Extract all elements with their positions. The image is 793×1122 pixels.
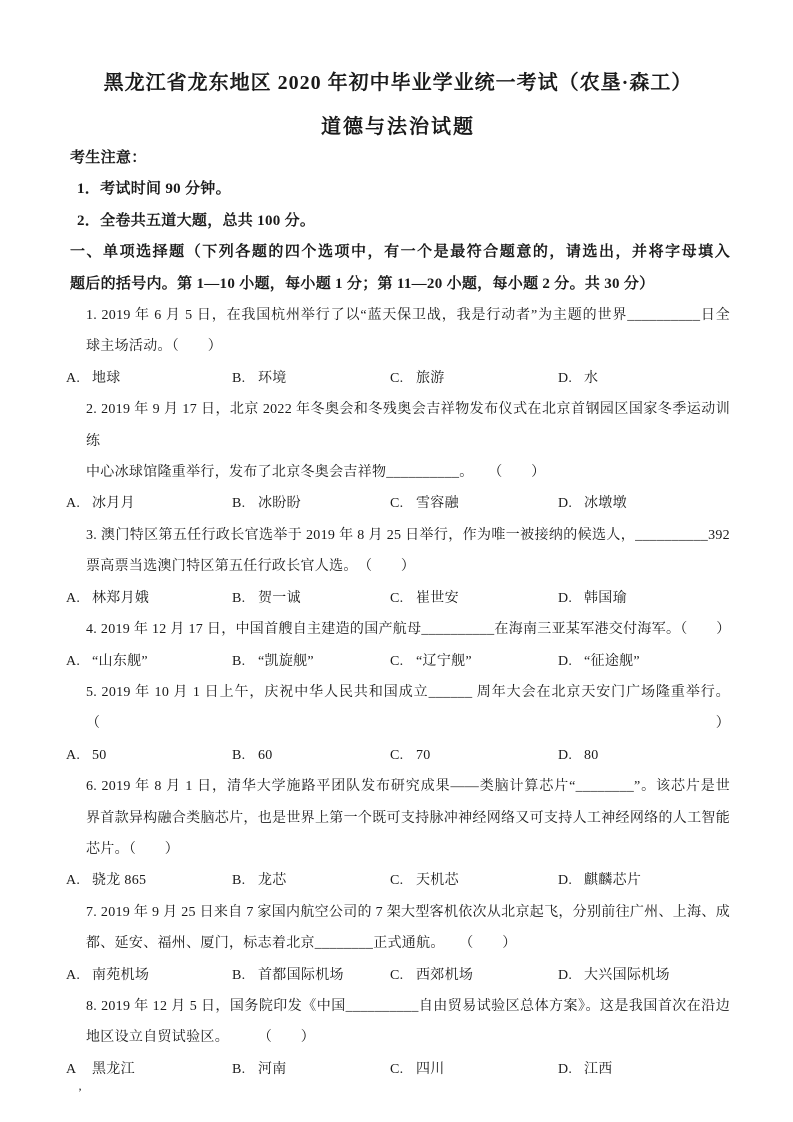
question-4-stem: 4. 2019 年 12 月 17 日，中国首艘自主建造的国产航母_______… [86,614,730,645]
option-text: 龙芯 [258,873,287,888]
option-text: 60 [258,748,273,763]
question-6-stem-line-3: 芯片。（ ） [86,834,730,865]
question-4: 4. 2019 年 12 月 17 日，中国首艘自主建造的国产航母_______… [66,614,730,677]
question-2-option-C: C.雪容融 [390,488,558,519]
question-6-options: A.骁龙 865B.龙芯C.天机芯D.麒麟芯片 [66,865,730,896]
question-6-stem-line-2: 界首款异构融合类脑芯片，也是世界上第一个既可支持脉冲神经网络又可支持人工神经网络… [86,803,730,834]
question-6: 6. 2019 年 8 月 1 日，清华大学施路平团队发布研究成果——类脑计算芯… [66,771,730,897]
option-label: B. [232,740,248,771]
question-1-option-C: C.旅游 [390,363,558,394]
option-label: D. [558,740,574,771]
question-8-stem: 8. 2019 年 12 月 5 日，国务院印发《中国__________自由贸… [86,991,730,1054]
option-text: 70 [416,748,431,763]
question-2-options: A.冰月月B.冰盼盼C.雪容融D.冰墩墩 [66,488,730,519]
question-6-stem-line-1: 6. 2019 年 8 月 1 日，清华大学施路平团队发布研究成果——类脑计算芯… [86,771,730,802]
question-5-stem: 5. 2019 年 10 月 1 日上午，庆祝中华人民共和国成立______ 周… [86,677,730,740]
question-8: 8. 2019 年 12 月 5 日，国务院印发《中国__________自由贸… [66,991,730,1085]
option-text: 西郊机场 [416,968,473,983]
option-label: B. [232,1054,248,1085]
question-1-stem-line-1: 1. 2019 年 6 月 5 日，在我国杭州举行了以“蓝天保卫战，我是行动者”… [86,300,730,331]
exam-title: 黑龙江省龙东地区 2020 年初中毕业学业统一考试（农垦·森工） [66,0,730,96]
question-6-option-A: A.骁龙 865 [66,865,232,896]
question-8-stem-line-1: 8. 2019 年 12 月 5 日，国务院印发《中国__________自由贸… [86,991,730,1022]
question-3-stem-line-1: 3. 澳门特区第五任行政长官选举于 2019 年 8 月 25 日举行，作为唯一… [86,520,730,551]
option-label: C. [390,583,406,614]
option-text: 冰月月 [92,496,135,511]
option-text: 环境 [258,371,287,386]
question-5-option-A: A.50 [66,740,232,771]
question-1: 1. 2019 年 6 月 5 日，在我国杭州举行了以“蓝天保卫战，我是行动者”… [66,300,730,394]
option-label: B. [232,583,248,614]
option-label: B. [232,646,248,677]
question-8-option-C: C.四川 [390,1054,558,1085]
notice-item-1: 1．考试时间 90 分钟。 [77,174,730,205]
question-7-stem: 7. 2019 年 9 月 25 日来自 7 家国内航空公司的 7 架大型客机依… [86,897,730,960]
section1-heading-line-2: 题后的括号内。第 1—10 小题，每小题 1 分；第 11—20 小题，每小题 … [70,269,730,300]
option-text: “山东舰” [92,654,148,669]
question-5: 5. 2019 年 10 月 1 日上午，庆祝中华人民共和国成立______ 周… [66,677,730,771]
option-text: 地球 [92,371,121,386]
question-7-option-B: B.首都国际机场 [232,960,390,991]
question-8-options: A黑龙江B.河南C.四川D.江西 [66,1054,730,1085]
question-1-option-B: B.环境 [232,363,390,394]
question-2-option-B: B.冰盼盼 [232,488,390,519]
question-6-stem: 6. 2019 年 8 月 1 日，清华大学施路平团队发布研究成果——类脑计算芯… [86,771,730,865]
option-label: A. [66,363,82,394]
option-text: 贺一诚 [258,591,301,606]
option-text: 河南 [258,1062,287,1077]
question-3-stem: 3. 澳门特区第五任行政长官选举于 2019 年 8 月 25 日举行，作为唯一… [86,520,730,583]
option-label: A [66,1054,82,1085]
question-8-option-D: D.江西 [558,1054,730,1085]
option-text: 麒麟芯片 [584,873,641,888]
question-3-stem-line-2: 票高票当选澳门特区第五任行政长官人选。 （ ） [86,551,730,582]
option-text: “辽宁舰” [416,654,472,669]
option-text: 旅游 [416,371,445,386]
question-5-option-C: C.70 [390,740,558,771]
option-label: B. [232,960,248,991]
question-3-option-A: A.林郑月娥 [66,583,232,614]
option-label: D. [558,865,574,896]
question-8-stem-line-2: 地区设立自贸试验区。 （ ） [86,1022,730,1053]
option-text: 首都国际机场 [258,968,344,983]
option-label: D. [558,646,574,677]
notice-heading: 考生注意： [70,143,730,174]
question-4-option-B: B.“凯旋舰” [232,646,390,677]
question-1-stem: 1. 2019 年 6 月 5 日，在我国杭州举行了以“蓝天保卫战，我是行动者”… [86,300,730,363]
question-4-stem-line-1: 4. 2019 年 12 月 17 日，中国首艘自主建造的国产航母_______… [86,614,730,645]
question-7-option-D: D.大兴国际机场 [558,960,730,991]
question-7-options: A.南苑机场B.首都国际机场C.西郊机场D.大兴国际机场 [66,960,730,991]
option-text: 四川 [416,1062,445,1077]
question-7-stem-line-2: 都、延安、福州、厦门，标志着北京________正式通航。 （ ） [86,928,730,959]
option-label: B. [232,363,248,394]
question-2-stem-line-1: 2. 2019 年 9 月 17 日，北京 2022 年冬奥会和冬残奥会吉祥物发… [86,394,730,457]
option-text: 骁龙 865 [92,873,146,888]
question-4-option-D: D.“征途舰” [558,646,730,677]
option-label: A. [66,583,82,614]
option-label: C. [390,740,406,771]
exam-subtitle: 道德与法治试题 [66,114,730,140]
question-8-option-B: B.河南 [232,1054,390,1085]
notice-item-2: 2．全卷共五道大题，总共 100 分。 [77,206,730,237]
question-5-option-B: B.60 [232,740,390,771]
option-label: C. [390,1054,406,1085]
option-label: A. [66,740,82,771]
question-7-option-C: C.西郊机场 [390,960,558,991]
question-7: 7. 2019 年 9 月 25 日来自 7 家国内航空公司的 7 架大型客机依… [66,897,730,991]
option-label: B. [232,865,248,896]
option-label: D. [558,488,574,519]
exam-body: 考生注意： 1．考试时间 90 分钟。 2．全卷共五道大题，总共 100 分。 … [66,143,730,1099]
option-label: D. [558,583,574,614]
question-2: 2. 2019 年 9 月 17 日，北京 2022 年冬奥会和冬残奥会吉祥物发… [66,394,730,520]
question-6-option-C: C.天机芯 [390,865,558,896]
exam-page: 黑龙江省龙东地区 2020 年初中毕业学业统一考试（农垦·森工） 道德与法治试题… [0,0,793,1122]
question-5-options: A.50B.60C.70D.80 [66,740,730,771]
option-label: D. [558,363,574,394]
question-1-option-A: A.地球 [66,363,232,394]
questions-list: 1. 2019 年 6 月 5 日，在我国杭州举行了以“蓝天保卫战，我是行动者”… [66,300,730,1085]
question-2-stem-line-2: 中心冰球馆隆重举行，发布了北京冬奥会吉祥物__________。 （ ） [86,457,730,488]
question-5-option-D: D.80 [558,740,730,771]
option-label: C. [390,488,406,519]
question-1-stem-line-2: 球主场活动。（ ） [86,331,730,362]
option-label: C. [390,865,406,896]
option-label: D. [558,1054,574,1085]
option-label: A. [66,488,82,519]
question-3: 3. 澳门特区第五任行政长官选举于 2019 年 8 月 25 日举行，作为唯一… [66,520,730,614]
option-label: C. [390,646,406,677]
option-label: B. [232,488,248,519]
option-text: 冰墩墩 [584,496,627,511]
question-4-options: A.“山东舰”B.“凯旋舰”C.“辽宁舰”D.“征途舰” [66,646,730,677]
option-text: “凯旋舰” [258,654,314,669]
option-text: 50 [92,748,107,763]
option-text: 南苑机场 [92,968,149,983]
option-text: 80 [584,748,599,763]
option-text: 黑龙江 [92,1062,135,1077]
option-label: A. [66,865,82,896]
question-2-option-D: D.冰墩墩 [558,488,730,519]
option-text: “征途舰” [584,654,640,669]
option-text: 冰盼盼 [258,496,301,511]
option-text: 崔世安 [416,591,459,606]
question-6-option-B: B.龙芯 [232,865,390,896]
option-text: 水 [584,371,598,386]
option-text: 林郑月娥 [92,591,149,606]
option-text: 雪容融 [416,496,459,511]
question-2-stem: 2. 2019 年 9 月 17 日，北京 2022 年冬奥会和冬残奥会吉祥物发… [86,394,730,488]
option-text: 江西 [584,1062,613,1077]
section1-heading-line-1: 一、单项选择题（下列各题的四个选项中，有一个是最符合题意的，请选出，并将字母填入 [70,237,730,268]
question-6-option-D: D.麒麟芯片 [558,865,730,896]
option-label: C. [390,363,406,394]
option-label: C. [390,960,406,991]
question-7-option-A: A.南苑机场 [66,960,232,991]
option-text: 大兴国际机场 [584,968,670,983]
question-3-option-B: B.贺一诚 [232,583,390,614]
option-text: 韩国瑜 [584,591,627,606]
question-8-option-A: A黑龙江 [66,1054,232,1085]
question-4-option-A: A.“山东舰” [66,646,232,677]
question-4-option-C: C.“辽宁舰” [390,646,558,677]
question-5-stem-line-1: 5. 2019 年 10 月 1 日上午，庆祝中华人民共和国成立______ 周… [86,677,730,740]
question-2-option-A: A.冰月月 [66,488,232,519]
question-7-stem-line-1: 7. 2019 年 9 月 25 日来自 7 家国内航空公司的 7 架大型客机依… [86,897,730,928]
question-3-options: A.林郑月娥B.贺一诚C.崔世安D.韩国瑜 [66,583,730,614]
question-3-option-C: C.崔世安 [390,583,558,614]
option-label: A. [66,960,82,991]
question-3-option-D: D.韩国瑜 [558,583,730,614]
question-1-options: A.地球B.环境C.旅游D.水 [66,363,730,394]
stray-mark: ’ [78,1085,730,1099]
question-1-option-D: D.水 [558,363,730,394]
section1-heading: 一、单项选择题（下列各题的四个选项中，有一个是最符合题意的，请选出，并将字母填入… [66,237,730,300]
option-label: A. [66,646,82,677]
option-label: D. [558,960,574,991]
option-text: 天机芯 [416,873,459,888]
